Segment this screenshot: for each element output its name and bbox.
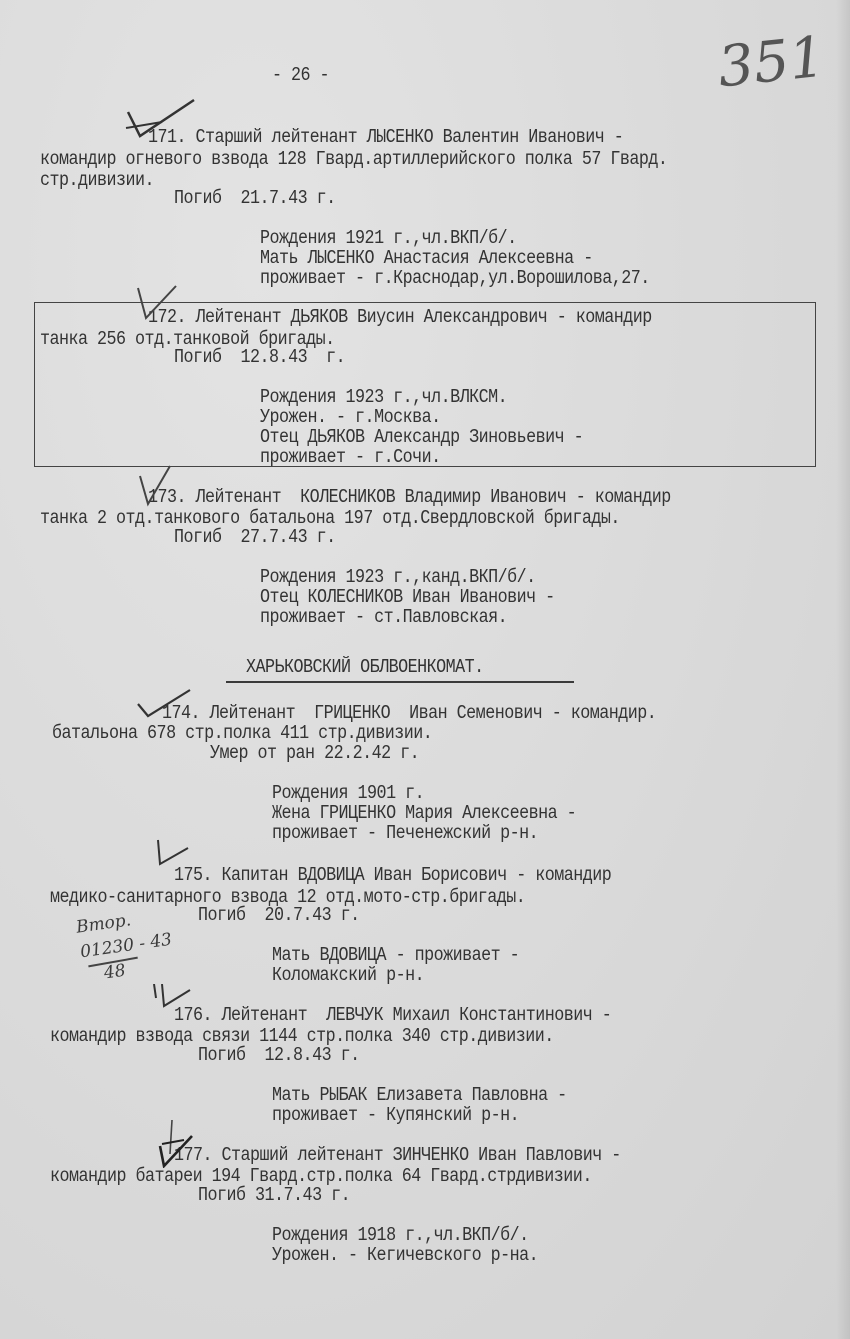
- entry-171-line-3: стр.дивизии.: [40, 169, 154, 191]
- entry-174-detail-2: Жена ГРИЦЕНКО Мария Алексеевна -: [272, 802, 576, 824]
- entry-172-detail-3: Отец ДЬЯКОВ Александр Зиновьевич -: [260, 426, 583, 448]
- page-edge-shadow: [836, 0, 850, 1339]
- entry-172-detail-1: Рождения 1923 г.,чл.ВЛКСМ.: [260, 386, 507, 408]
- entry-171-line-1: 171. Старший лейтенант ЛЫСЕНКО Валентин …: [148, 126, 623, 148]
- entry-177-detail-2: Урожен. - Кегичевского р-на.: [272, 1244, 538, 1266]
- entry-174-detail-1: Рождения 1901 г.: [272, 782, 424, 804]
- entry-174-line-1: 174. Лейтенант ГРИЦЕНКО Иван Семенович -…: [162, 702, 656, 724]
- section-heading: ХАРЬКОВСКИЙ ОБЛВОЕНКОМАТ.: [246, 656, 484, 678]
- entry-172-detail-2: Урожен. - г.Москва.: [260, 406, 441, 428]
- entry-174-line-2: батальона 678 стр.полка 411 стр.дивизии.: [52, 722, 432, 744]
- entry-175-detail-2: Коломакский р-н.: [272, 964, 424, 986]
- entry-174-status: Умер от ран 22.2.42 г.: [210, 742, 419, 764]
- entry-171-detail-1: Рождения 1921 г.,чл.ВКП/б/.: [260, 227, 517, 249]
- typed-page-number: - 26 -: [272, 64, 329, 86]
- section-heading-underline: [226, 681, 574, 683]
- entry-176-line-1: 176. Лейтенант ЛЕВЧУК Михаил Константино…: [174, 1004, 611, 1026]
- entry-171-detail-2: Мать ЛЫСЕНКО Анастасия Алексеевна -: [260, 247, 593, 269]
- entry-175-detail-1: Мать ВДОВИЦА - проживает -: [272, 944, 519, 966]
- checkmark-icon: [150, 984, 200, 1014]
- entry-173-line-1: 173. Лейтенант КОЛЕСНИКОВ Владимир Ивано…: [148, 486, 671, 508]
- checkmark-icon: [152, 838, 202, 868]
- entry-176-detail-1: Мать РЫБАК Елизавета Павловна -: [272, 1084, 567, 1106]
- entry-174-detail-3: проживает - Печенежский р-н.: [272, 822, 538, 844]
- entry-175-line-1: 175. Капитан ВДОВИЦА Иван Борисович - ко…: [174, 864, 611, 886]
- entry-172-line-1: 172. Лейтенант ДЬЯКОВ Виусин Александров…: [148, 306, 652, 328]
- entry-171-line-2: командир огневого взвода 128 Гвард.артил…: [40, 148, 667, 170]
- checkmark-icon: [118, 94, 198, 144]
- entry-171-status: Погиб 21.7.43 г.: [174, 187, 336, 209]
- entry-177-line-1: 177. Старший лейтенант ЗИНЧЕНКО Иван Пав…: [174, 1144, 621, 1166]
- archival-document-page: - 26 - 351 171. Старший лейтенант ЛЫСЕНК…: [0, 0, 850, 1339]
- checkmark-icon: [128, 462, 188, 507]
- entry-176-status: Погиб 12.8.43 г.: [198, 1044, 360, 1066]
- entry-175-status: Погиб 20.7.43 г.: [198, 904, 360, 926]
- entry-177-status: Погиб 31.7.43 г.: [198, 1184, 350, 1206]
- entry-172-status: Погиб 12.8.43 г.: [174, 346, 345, 368]
- handwritten-page-number: 351: [715, 25, 828, 101]
- entry-173-detail-1: Рождения 1923 г.,канд.ВКП/б/.: [260, 566, 536, 588]
- checkmark-icon: [130, 282, 190, 322]
- entry-172-detail-4: проживает - г.Сочи.: [260, 446, 441, 468]
- entry-173-detail-3: проживает - ст.Павловская.: [260, 606, 507, 628]
- entry-177-detail-1: Рождения 1918 г.,чл.ВКП/б/.: [272, 1224, 529, 1246]
- margin-note-line-3: 48: [103, 961, 127, 984]
- entry-176-detail-2: проживает - Купянский р-н.: [272, 1104, 519, 1126]
- margin-note-line-1: Втор.: [75, 910, 132, 937]
- checkmark-icon: [134, 686, 194, 726]
- entry-173-status: Погиб 27.7.43 г.: [174, 526, 336, 548]
- entry-171-detail-3: проживает - г.Краснодар,ул.Ворошилова,27…: [260, 267, 650, 289]
- checkmark-icon: [150, 1118, 200, 1168]
- entry-173-detail-2: Отец КОЛЕСНИКОВ Иван Иванович -: [260, 586, 555, 608]
